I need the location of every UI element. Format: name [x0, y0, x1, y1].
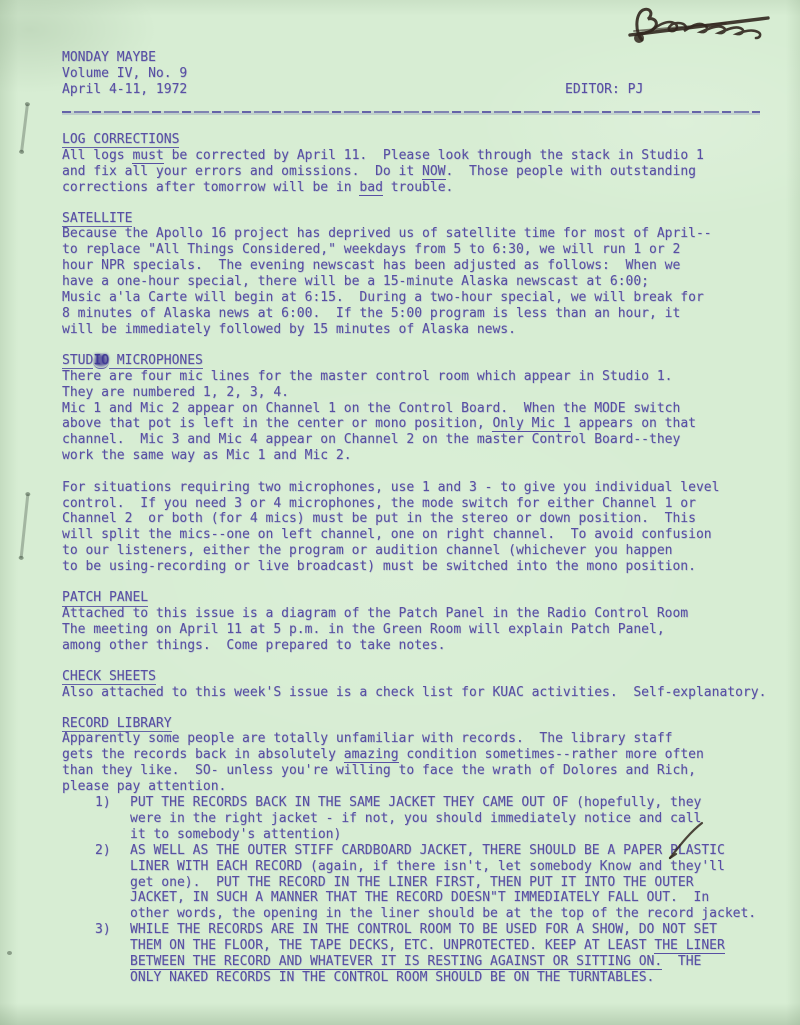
- text-line: All logs must be corrected by April 11. …: [62, 148, 770, 164]
- text-line: channel. Mic 3 and Mic 4 appear on Chann…: [62, 432, 770, 448]
- section-heading: RECORD LIBRARY: [62, 716, 770, 732]
- text-line: and fix all your errors and omissions. D…: [62, 164, 770, 180]
- section-satellite: SATELLITEBecause the Apollo 16 project h…: [62, 211, 770, 338]
- list-item: 3)WHILE THE RECORDS ARE IN THE CONTROL R…: [95, 922, 770, 986]
- section-log-corrections: LOG CORRECTIONSAll logs must be correcte…: [62, 132, 770, 196]
- section-patch-panel: PATCH PANELAttached to this issue is a d…: [62, 590, 770, 654]
- text-line: among other things. Come prepared to tak…: [62, 638, 770, 654]
- text-line: Apparently some people are totally unfam…: [62, 731, 770, 747]
- text-line: corrections after tomorrow will be in ba…: [62, 180, 770, 196]
- staple-mark: [20, 494, 30, 558]
- newsletter-title: MONDAY MAYBE: [62, 50, 770, 66]
- text-line: other words, the opening in the liner sh…: [130, 906, 756, 922]
- text-line: than they like. SO- unless you're willin…: [62, 763, 770, 779]
- typed-divider-rule: [62, 111, 760, 113]
- text-line: have a one-hour special, there will be a…: [62, 274, 770, 290]
- text-line: will split the mics--one on left channel…: [62, 527, 770, 543]
- text-line: gets the records back in absolutely amaz…: [62, 747, 770, 763]
- text-line: hour NPR specials. The evening newscast …: [62, 258, 770, 274]
- paragraph: For situations requiring two microphones…: [62, 480, 770, 575]
- item-number: 1): [95, 795, 130, 843]
- text-line: Because the Apollo 16 project has depriv…: [62, 226, 770, 242]
- text-line: Attached to this issue is a diagram of t…: [62, 606, 770, 622]
- item-number: 3): [95, 922, 130, 986]
- text-line: 8 minutes of Alaska news at 6:00. If the…: [62, 306, 770, 322]
- section-heading: PATCH PANEL: [62, 590, 770, 606]
- paragraph: Apparently some people are totally unfam…: [62, 731, 770, 795]
- paragraph: Because the Apollo 16 project has depriv…: [62, 226, 770, 337]
- text-line: JACKET, IN SUCH A MANNER THAT THE RECORD…: [130, 890, 756, 906]
- text-line: work the same way as Mic 1 and Mic 2.: [62, 448, 770, 464]
- staple-mark: [20, 104, 29, 152]
- text-line: it to somebody's attention): [130, 827, 701, 843]
- masthead: MONDAY MAYBE Volume IV, No. 9 April 4-11…: [62, 50, 770, 98]
- text-line: Also attached to this week'S issue is a …: [62, 685, 770, 701]
- text-line: WHILE THE RECORDS ARE IN THE CONTROL ROO…: [130, 922, 725, 938]
- text-line: PUT THE RECORDS BACK IN THE SAME JACKET …: [130, 795, 701, 811]
- text-line: will be immediately followed by 15 minut…: [62, 322, 770, 338]
- text-line: get one). PUT THE RECORD IN THE LINER FI…: [130, 875, 756, 891]
- pen-caret-mark: [662, 820, 710, 862]
- text-line: There are four mic lines for the master …: [62, 369, 770, 385]
- text-line: please pay attention.: [62, 779, 770, 795]
- text-line: to our listeners, either the program or …: [62, 543, 770, 559]
- newsletter-page: MONDAY MAYBE Volume IV, No. 9 April 4-11…: [0, 0, 800, 1025]
- text-line: For situations requiring two microphones…: [62, 480, 770, 496]
- text-line: They are numbered 1, 2, 3, 4.: [62, 385, 770, 401]
- text-line: BETWEEN THE RECORD AND WHATEVER IT IS RE…: [130, 954, 725, 970]
- text-line: to be using-recording or live broadcast)…: [62, 559, 770, 575]
- text-line: above that pot is left in the center or …: [62, 416, 770, 432]
- text-line: control. If you need 3 or 4 microphones,…: [62, 496, 770, 512]
- section-heading: CHECK SHEETS: [62, 669, 770, 685]
- section-heading: LOG CORRECTIONS: [62, 132, 770, 148]
- editor-credit: EDITOR: PJ: [565, 82, 643, 98]
- text-line: Mic 1 and Mic 2 appear on Channel 1 on t…: [62, 401, 770, 417]
- item-text: WHILE THE RECORDS ARE IN THE CONTROL ROO…: [130, 922, 725, 986]
- section-check-sheets: CHECK SHEETSAlso attached to this week'S…: [62, 669, 770, 701]
- text-line: were in the right jacket - if not, you s…: [130, 811, 701, 827]
- item-text: PUT THE RECORDS BACK IN THE SAME JACKET …: [130, 795, 701, 843]
- newsletter-volume: Volume IV, No. 9: [62, 66, 770, 82]
- text-line: The meeting on April 11 at 5 p.m. in the…: [62, 622, 770, 638]
- section-heading: STUDIO MICROPHONES: [62, 353, 770, 369]
- text-line: THEM ON THE FLOOR, THE TAPE DECKS, ETC. …: [130, 938, 725, 954]
- section-studio-microphones: STUDIO MICROPHONESThere are four mic lin…: [62, 353, 770, 575]
- text-line: ONLY NAKED RECORDS IN THE CONTROL ROOM S…: [130, 970, 725, 986]
- text-line: Channel 2 or both (for 4 mics) must be p…: [62, 511, 770, 527]
- paragraph: Also attached to this week'S issue is a …: [62, 685, 770, 701]
- item-number: 2): [95, 843, 130, 923]
- text-line: Music a'la Carte will begin at 6:15. Dur…: [62, 290, 770, 306]
- section-heading: SATELLITE: [62, 211, 770, 227]
- text-line: to replace "All Things Considered," week…: [62, 242, 770, 258]
- crossed-out-name-handwriting: [622, 2, 778, 50]
- newsletter-date: April 4-11, 1972: [62, 82, 770, 98]
- paragraph: There are four mic lines for the master …: [62, 369, 770, 464]
- paragraph: All logs must be corrected by April 11. …: [62, 148, 770, 196]
- ink-speck: [7, 951, 12, 955]
- paragraph: Attached to this issue is a diagram of t…: [62, 606, 770, 654]
